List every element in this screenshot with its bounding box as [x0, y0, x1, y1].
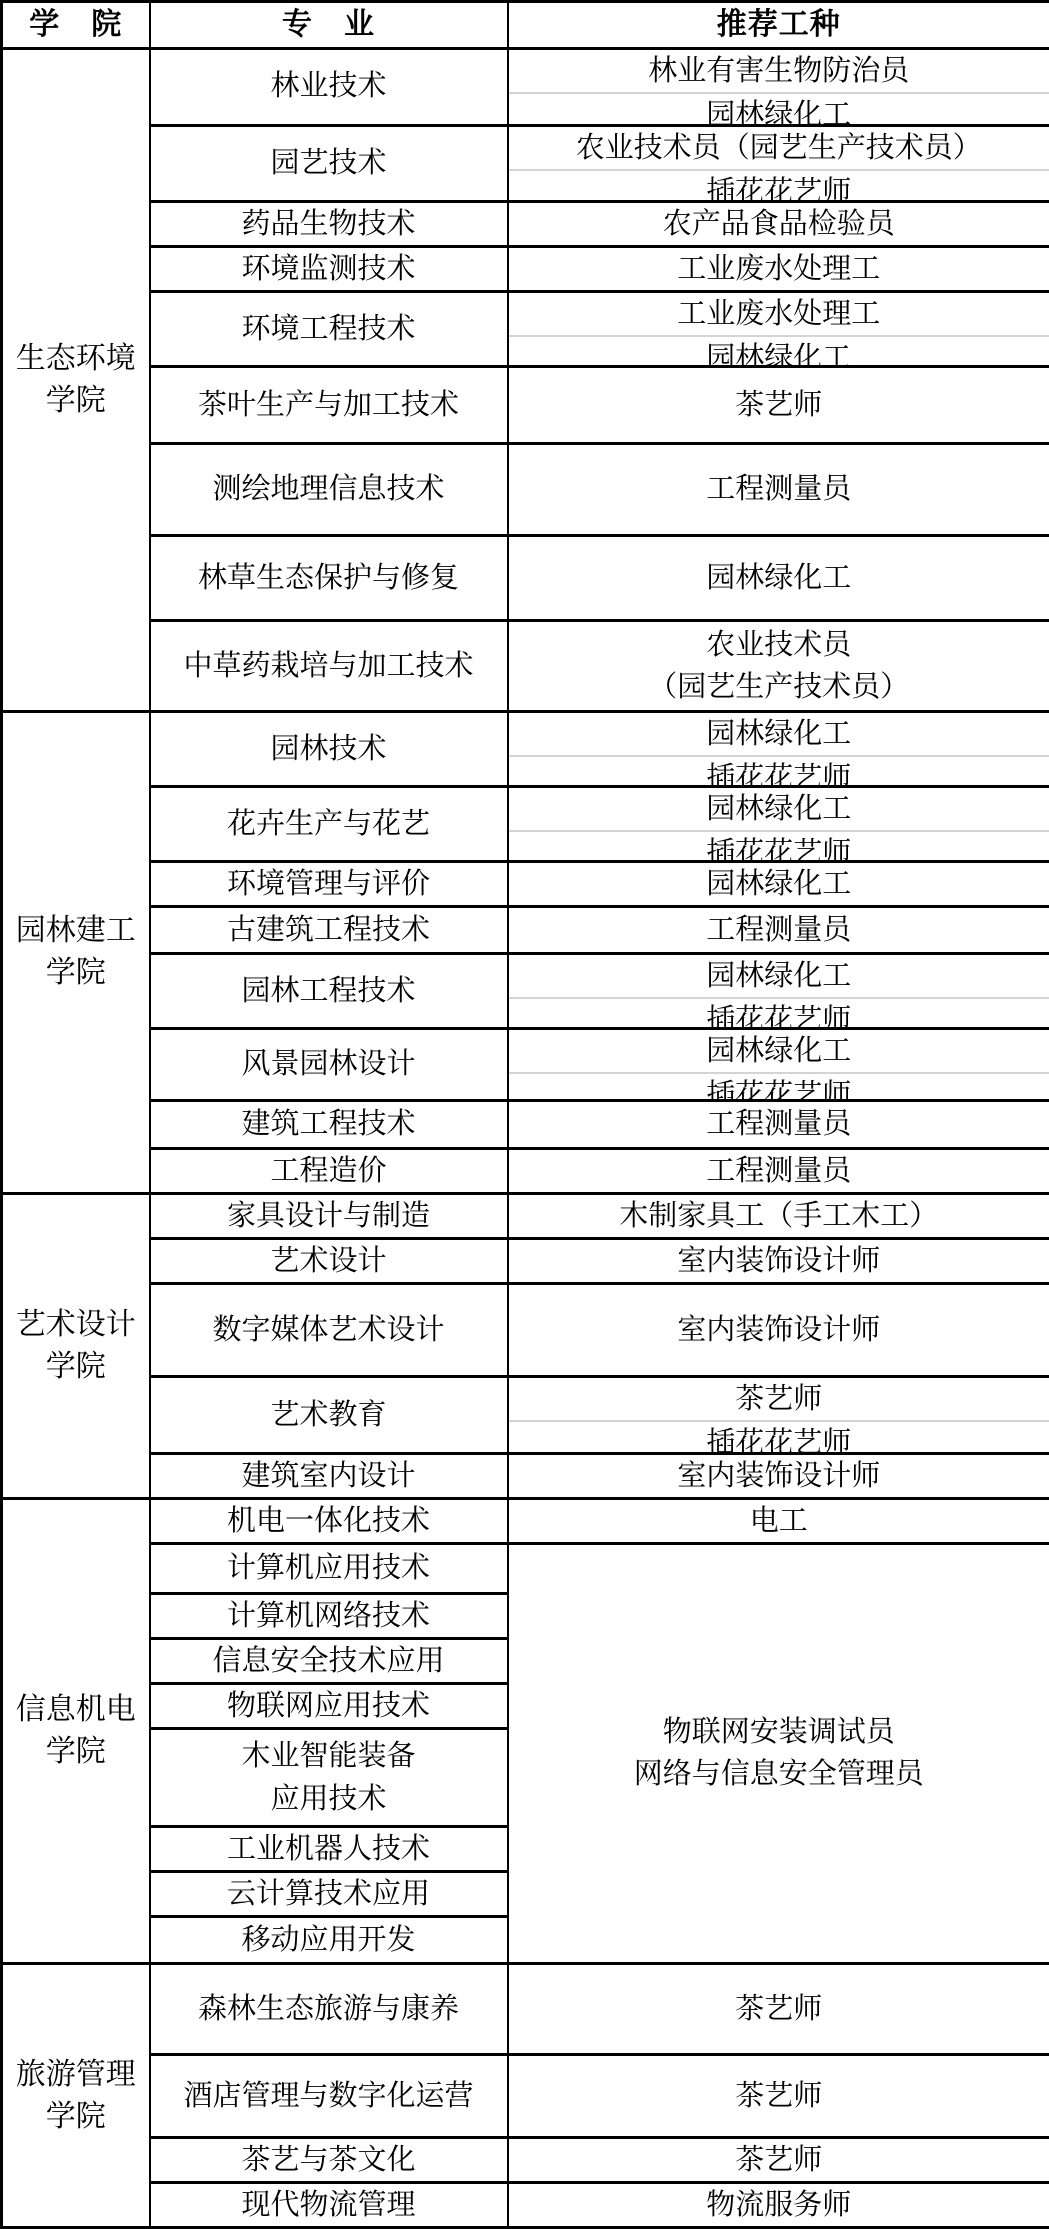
college-line: 学院: [3, 2096, 149, 2138]
table-row: 药品生物技术农产品食品检验员: [2, 201, 1049, 246]
major-line: 艺术教育: [151, 1394, 507, 1436]
major-line: 酒店管理与数字化运营: [151, 2075, 507, 2117]
major-line: 建筑室内设计: [151, 1455, 507, 1497]
job-line: 电工: [509, 1500, 1049, 1542]
job-line: 插花花艺师: [509, 997, 1049, 1028]
table-row: 建筑工程技术工程测量员: [2, 1100, 1049, 1148]
major-line: 计算机网络技术: [151, 1595, 507, 1637]
job-line: 木制家具工（手工木工）: [509, 1195, 1049, 1237]
jobs-subcells: 园林绿化工插花花艺师: [509, 955, 1049, 1027]
jobs-cell: 茶艺师: [508, 2055, 1049, 2138]
major-cell: 园林工程技术: [150, 953, 508, 1028]
major-cell: 计算机应用技术: [150, 1543, 508, 1593]
major-cell: 信息安全技术应用: [150, 1638, 508, 1683]
major-cell: 园林技术: [150, 711, 508, 786]
table-row: 建筑室内设计室内装饰设计师: [2, 1453, 1049, 1498]
college-line: 生态环境: [3, 338, 149, 380]
jobs-subcells: 工业废水处理工园林绿化工: [509, 293, 1049, 365]
college-line: 学院: [3, 1731, 149, 1773]
job-line: 农业技术员: [509, 624, 1049, 666]
major-cell: 茶叶生产与加工技术: [150, 366, 508, 443]
jobs-cell: 物联网安装调试员网络与信息安全管理员: [508, 1543, 1049, 1963]
college-cell: 园林建工学院: [2, 711, 150, 1193]
table-row: 酒店管理与数字化运营茶艺师: [2, 2055, 1049, 2138]
table-row: 园艺技术农业技术员（园艺生产技术员）插花花艺师: [2, 125, 1049, 201]
major-line: 数字媒体艺术设计: [151, 1309, 507, 1351]
job-line: 园林绿化工: [509, 335, 1049, 366]
job-line: 茶艺师: [509, 1378, 1049, 1420]
job-line: 室内装饰设计师: [509, 1309, 1049, 1351]
job-line: 室内装饰设计师: [509, 1455, 1049, 1497]
jobs-subcells: 园林绿化工插花花艺师: [509, 788, 1049, 860]
jobs-cell: 农产品食品检验员: [508, 201, 1049, 246]
jobs-subcells: 茶艺师插花花艺师: [509, 1378, 1049, 1452]
table-row: 生态环境学院林业技术林业有害生物防治员园林绿化工: [2, 48, 1049, 125]
job-line: 插花花艺师: [509, 830, 1049, 861]
job-line: 茶艺师: [509, 1988, 1049, 2030]
job-line: 园林绿化工: [509, 92, 1049, 125]
major-cell: 环境管理与评价: [150, 861, 508, 906]
table-row: 旅游管理学院森林生态旅游与康养茶艺师: [2, 1964, 1049, 2055]
job-line: 物联网安装调试员: [509, 1711, 1049, 1753]
jobs-cell: 室内装饰设计师: [508, 1283, 1049, 1376]
table-row: 风景园林设计园林绿化工插花花艺师: [2, 1028, 1049, 1100]
job-line: 园林绿化工: [509, 955, 1049, 997]
jobs-cell: 园林绿化工: [508, 535, 1049, 620]
major-line: 环境管理与评价: [151, 863, 507, 905]
jobs-cell: 农业技术员（园艺生产技术员）插花花艺师: [508, 125, 1049, 201]
major-cell: 现代物流管理: [150, 2183, 508, 2228]
major-line: 茶叶生产与加工技术: [151, 384, 507, 426]
major-line: 木业智能装备: [151, 1735, 507, 1777]
job-line: 工程测量员: [509, 909, 1049, 951]
job-line: 茶艺师: [509, 384, 1049, 426]
table-row: 环境工程技术工业废水处理工园林绿化工: [2, 291, 1049, 366]
major-line: 花卉生产与花艺: [151, 803, 507, 845]
jobs-cell: 室内装饰设计师: [508, 1453, 1049, 1498]
college-cell: 旅游管理学院: [2, 1964, 150, 2228]
jobs-cell: 木制家具工（手工木工）: [508, 1193, 1049, 1238]
table-row: 茶叶生产与加工技术茶艺师: [2, 366, 1049, 443]
jobs-subcells: 园林绿化工插花花艺师: [509, 1030, 1049, 1099]
college-line: 学院: [3, 1346, 149, 1388]
major-cell: 药品生物技术: [150, 201, 508, 246]
table-row: 茶艺与茶文化茶艺师: [2, 2138, 1049, 2183]
major-cell: 中草药栽培与加工技术: [150, 620, 508, 711]
table-row: 中草药栽培与加工技术农业技术员（园艺生产技术员）: [2, 620, 1049, 711]
major-cell: 建筑室内设计: [150, 1453, 508, 1498]
college-line: 艺术设计: [3, 1304, 149, 1346]
jobs-cell: 工业废水处理工园林绿化工: [508, 291, 1049, 366]
major-cell: 酒店管理与数字化运营: [150, 2055, 508, 2138]
jobs-cell: 园林绿化工插花花艺师: [508, 953, 1049, 1028]
major-line: 林草生态保护与修复: [151, 557, 507, 599]
major-cell: 环境工程技术: [150, 291, 508, 366]
major-cell: 工业机器人技术: [150, 1827, 508, 1872]
job-line: 插花花艺师: [509, 1420, 1049, 1453]
major-line: 药品生物技术: [151, 203, 507, 245]
major-line: 森林生态旅游与康养: [151, 1988, 507, 2030]
jobs-cell: 茶艺师插花花艺师: [508, 1376, 1049, 1453]
college-cell: 生态环境学院: [2, 48, 150, 711]
college-cell: 信息机电学院: [2, 1498, 150, 1963]
jobs-cell: 园林绿化工插花花艺师: [508, 1028, 1049, 1100]
document-page: 学 院 专 业 推荐工种 生态环境学院林业技术林业有害生物防治员园林绿化工园艺技…: [0, 0, 1049, 2229]
college-line: 学院: [3, 952, 149, 994]
table-row: 工程造价工程测量员: [2, 1148, 1049, 1193]
job-line: 工程测量员: [509, 1103, 1049, 1145]
major-cell: 家具设计与制造: [150, 1193, 508, 1238]
major-line: 物联网应用技术: [151, 1685, 507, 1727]
job-line: 茶艺师: [509, 2139, 1049, 2181]
major-cell: 机电一体化技术: [150, 1498, 508, 1543]
table-body: 生态环境学院林业技术林业有害生物防治员园林绿化工园艺技术农业技术员（园艺生产技术…: [2, 48, 1049, 2228]
major-cell: 森林生态旅游与康养: [150, 1964, 508, 2055]
job-line: 林业有害生物防治员: [509, 50, 1049, 92]
major-cell: 古建筑工程技术: [150, 906, 508, 953]
job-line: 农产品食品检验员: [509, 203, 1049, 245]
college-line: 信息机电: [3, 1689, 149, 1731]
major-cell: 艺术设计: [150, 1238, 508, 1283]
jobs-cell: 茶艺师: [508, 366, 1049, 443]
job-line: 园林绿化工: [509, 557, 1049, 599]
jobs-cell: 工程测量员: [508, 1148, 1049, 1193]
major-cell: 艺术教育: [150, 1376, 508, 1453]
major-line: 信息安全技术应用: [151, 1640, 507, 1682]
table-row: 计算机应用技术物联网安装调试员网络与信息安全管理员: [2, 1543, 1049, 1593]
job-line: 园林绿化工: [509, 863, 1049, 905]
table-row: 花卉生产与花艺园林绿化工插花花艺师: [2, 786, 1049, 861]
major-cell: 建筑工程技术: [150, 1100, 508, 1148]
jobs-cell: 茶艺师: [508, 2138, 1049, 2183]
jobs-cell: 林业有害生物防治员园林绿化工: [508, 48, 1049, 125]
job-line: 园林绿化工: [509, 788, 1049, 830]
major-line: 艺术设计: [151, 1240, 507, 1282]
jobs-cell: 工程测量员: [508, 1100, 1049, 1148]
major-cell: 测绘地理信息技术: [150, 443, 508, 535]
major-line: 移动应用开发: [151, 1919, 507, 1961]
header-college: 学 院: [2, 2, 150, 49]
job-line: 插花花艺师: [509, 169, 1049, 201]
job-line: 工程测量员: [509, 1150, 1049, 1192]
jobs-cell: 工程测量员: [508, 443, 1049, 535]
job-line: 网络与信息安全管理员: [509, 1753, 1049, 1795]
table-row: 园林工程技术园林绿化工插花花艺师: [2, 953, 1049, 1028]
jobs-cell: 茶艺师: [508, 1964, 1049, 2055]
major-cell: 园艺技术: [150, 125, 508, 201]
major-line: 计算机应用技术: [151, 1547, 507, 1589]
major-line: 园艺技术: [151, 142, 507, 184]
jobs-cell: 园林绿化工: [508, 861, 1049, 906]
major-cell: 云计算技术应用: [150, 1872, 508, 1917]
job-line: 室内装饰设计师: [509, 1240, 1049, 1282]
major-line: 园林工程技术: [151, 970, 507, 1012]
major-line: 家具设计与制造: [151, 1195, 507, 1237]
job-line: 农业技术员（园艺生产技术员）: [509, 127, 1049, 169]
jobs-cell: 农业技术员（园艺生产技术员）: [508, 620, 1049, 711]
major-line: 环境工程技术: [151, 308, 507, 350]
major-cell: 物联网应用技术: [150, 1683, 508, 1728]
major-line: 园林技术: [151, 728, 507, 770]
table-header: 学 院 专 业 推荐工种: [2, 2, 1049, 49]
job-line: 工业废水处理工: [509, 293, 1049, 335]
college-line: 旅游管理: [3, 2054, 149, 2096]
job-line: 园林绿化工: [509, 713, 1049, 755]
major-cell: 环境监测技术: [150, 246, 508, 291]
college-line: 园林建工: [3, 910, 149, 952]
job-line: 插花花艺师: [509, 1072, 1049, 1100]
major-cell: 工程造价: [150, 1148, 508, 1193]
jobs-subcells: 林业有害生物防治员园林绿化工: [509, 50, 1049, 124]
table-row: 现代物流管理物流服务师: [2, 2183, 1049, 2228]
table-row: 艺术设计学院家具设计与制造木制家具工（手工木工）: [2, 1193, 1049, 1238]
major-cell: 林草生态保护与修复: [150, 535, 508, 620]
major-line: 工业机器人技术: [151, 1828, 507, 1870]
jobs-cell: 园林绿化工插花花艺师: [508, 711, 1049, 786]
major-line: 机电一体化技术: [151, 1500, 507, 1542]
jobs-cell: 工业废水处理工: [508, 246, 1049, 291]
major-cell: 风景园林设计: [150, 1028, 508, 1100]
job-line: （园艺生产技术员）: [509, 666, 1049, 708]
major-cell: 计算机网络技术: [150, 1593, 508, 1638]
major-line: 古建筑工程技术: [151, 909, 507, 951]
jobs-subcells: 园林绿化工插花花艺师: [509, 713, 1049, 785]
jobs-cell: 园林绿化工插花花艺师: [508, 786, 1049, 861]
table-row: 古建筑工程技术工程测量员: [2, 906, 1049, 953]
jobs-cell: 室内装饰设计师: [508, 1238, 1049, 1283]
table-row: 测绘地理信息技术工程测量员: [2, 443, 1049, 535]
major-line: 应用技术: [151, 1778, 507, 1820]
table-row: 艺术教育茶艺师插花花艺师: [2, 1376, 1049, 1453]
job-line: 物流服务师: [509, 2184, 1049, 2226]
table-row: 环境管理与评价园林绿化工: [2, 861, 1049, 906]
table-row: 环境监测技术工业废水处理工: [2, 246, 1049, 291]
jobs-cell: 物流服务师: [508, 2183, 1049, 2228]
jobs-subcells: 农业技术员（园艺生产技术员）插花花艺师: [509, 127, 1049, 200]
table-row: 数字媒体艺术设计室内装饰设计师: [2, 1283, 1049, 1376]
major-cell: 移动应用开发: [150, 1917, 508, 1964]
major-cell: 茶艺与茶文化: [150, 2138, 508, 2183]
major-line: 林业技术: [151, 65, 507, 107]
major-line: 中草药栽培与加工技术: [151, 645, 507, 687]
header-row: 学 院 专 业 推荐工种: [2, 2, 1049, 49]
header-jobs: 推荐工种: [508, 2, 1049, 49]
major-line: 现代物流管理: [151, 2184, 507, 2226]
major-line: 云计算技术应用: [151, 1873, 507, 1915]
header-major: 专 业: [150, 2, 508, 49]
major-line: 测绘地理信息技术: [151, 468, 507, 510]
job-line: 工程测量员: [509, 468, 1049, 510]
table-row: 林草生态保护与修复园林绿化工: [2, 535, 1049, 620]
majors-table: 学 院 专 业 推荐工种 生态环境学院林业技术林业有害生物防治员园林绿化工园艺技…: [0, 0, 1049, 2229]
major-cell: 木业智能装备应用技术: [150, 1729, 508, 1827]
table-row: 园林建工学院园林技术园林绿化工插花花艺师: [2, 711, 1049, 786]
jobs-cell: 工程测量员: [508, 906, 1049, 953]
major-line: 环境监测技术: [151, 248, 507, 290]
major-cell: 林业技术: [150, 48, 508, 125]
job-line: 插花花艺师: [509, 755, 1049, 786]
major-line: 茶艺与茶文化: [151, 2139, 507, 2181]
college-line: 学院: [3, 380, 149, 422]
major-line: 工程造价: [151, 1150, 507, 1192]
table-row: 艺术设计室内装饰设计师: [2, 1238, 1049, 1283]
job-line: 园林绿化工: [509, 1030, 1049, 1072]
jobs-cell: 电工: [508, 1498, 1049, 1543]
major-cell: 数字媒体艺术设计: [150, 1283, 508, 1376]
major-line: 风景园林设计: [151, 1043, 507, 1085]
table-row: 信息机电学院机电一体化技术电工: [2, 1498, 1049, 1543]
major-line: 建筑工程技术: [151, 1103, 507, 1145]
job-line: 工业废水处理工: [509, 248, 1049, 290]
major-cell: 花卉生产与花艺: [150, 786, 508, 861]
college-cell: 艺术设计学院: [2, 1193, 150, 1498]
job-line: 茶艺师: [509, 2075, 1049, 2117]
